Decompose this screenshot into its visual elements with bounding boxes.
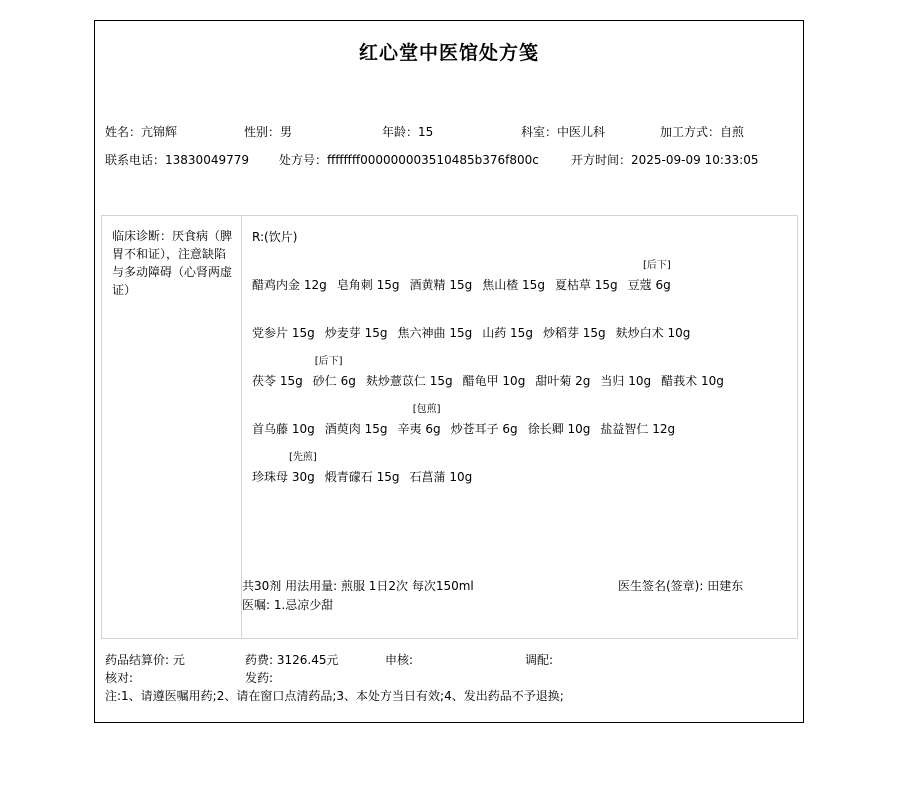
prescription-time: 开方时间：2025-09-09 10:33:05 bbox=[571, 151, 758, 168]
herb-item: 醋莪术 10g bbox=[661, 372, 724, 389]
herb-note: [后下] bbox=[315, 352, 343, 367]
herb-item: 石菖蒲 10g bbox=[409, 468, 472, 485]
herb-item: 当归 10g bbox=[600, 372, 651, 389]
herb-item: [后下]豆蔻 6g bbox=[628, 276, 671, 293]
department: 科室：中医儿科 bbox=[521, 123, 605, 140]
herb-item: 酒萸肉 15g bbox=[325, 420, 388, 437]
herb-row: 茯苓 15g[后下]砂仁 6g麸炒薏苡仁 15g醋龟甲 10g甜叶菊 2g当归 … bbox=[252, 372, 734, 389]
patient-gender: 性别：男 bbox=[244, 123, 292, 140]
herb-row: 党参片 15g炒麦芽 15g焦六神曲 15g山药 15g炒稻芽 15g麸炒白术 … bbox=[252, 324, 700, 341]
herb-row: 醋鸡内金 12g皂角刺 15g酒黄精 15g焦山楂 15g夏枯草 15g[后下]… bbox=[252, 276, 681, 293]
herb-item: 炒稻芽 15g bbox=[543, 324, 606, 341]
herb-item: 麸炒白术 10g bbox=[616, 324, 691, 341]
patient-age: 年龄：15 bbox=[382, 123, 433, 140]
herb-item: 甜叶菊 2g bbox=[535, 372, 590, 389]
herb-item: 煅青礞石 15g bbox=[325, 468, 400, 485]
herb-item: 焦六神曲 15g bbox=[397, 324, 472, 341]
review-field: 申核: bbox=[385, 651, 413, 668]
herb-item: 炒苍耳子 6g bbox=[451, 420, 518, 437]
herb-item: 茯苓 15g bbox=[252, 372, 303, 389]
herb-item: 皂角刺 15g bbox=[337, 276, 400, 293]
herb-item: 党参片 15g bbox=[252, 324, 315, 341]
patient-phone: 联系电话：13830049779 bbox=[105, 151, 249, 168]
herb-item: 炒麦芽 15g bbox=[325, 324, 388, 341]
herb-item: 酒黄精 15g bbox=[409, 276, 472, 293]
herb-item: [后下]砂仁 6g bbox=[313, 372, 356, 389]
herb-item: 首乌藤 10g bbox=[252, 420, 315, 437]
herb-item: 麸炒薏苡仁 15g bbox=[366, 372, 453, 389]
check-field: 核对: bbox=[105, 669, 133, 686]
settlement-price: 药品结算价: 元 bbox=[105, 651, 185, 668]
herb-item: [包煎]辛夷 6g bbox=[397, 420, 440, 437]
usage-instructions: 共30剂 用法用量: 煎服 1日2次 每次150ml bbox=[242, 577, 474, 594]
herb-note: [先煎] bbox=[289, 448, 317, 463]
clinical-diagnosis: 临床诊断：厌食病（脾胃不和证），注意缺陷与多动障碍（心肾两虚证） bbox=[112, 227, 237, 299]
herb-item: 盐益智仁 12g bbox=[600, 420, 675, 437]
panel-divider bbox=[241, 216, 242, 638]
prescription-panel: 临床诊断：厌食病（脾胃不和证），注意缺陷与多动障碍（心肾两虚证） R:(饮片) … bbox=[101, 215, 798, 639]
herb-note: [后下] bbox=[643, 256, 671, 271]
herb-item: 醋龟甲 10g bbox=[463, 372, 526, 389]
herb-row: [先煎]珍珠母 30g煅青礞石 15g石菖蒲 10g bbox=[252, 468, 482, 485]
prescription-number: 处方号：ffffffff000000003510485b376f800c bbox=[279, 151, 539, 168]
dispense-field: 调配: bbox=[525, 651, 553, 668]
rx-header: R:(饮片) bbox=[252, 228, 297, 245]
doctor-signature: 医生签名(签章): 田建东 bbox=[618, 577, 743, 594]
herb-item: 醋鸡内金 12g bbox=[252, 276, 327, 293]
page-title: 红心堂中医馆处方笺 bbox=[95, 38, 803, 65]
herb-row: 首乌藤 10g酒萸肉 15g[包煎]辛夷 6g炒苍耳子 6g徐长卿 10g盐益智… bbox=[252, 420, 685, 437]
herb-note: [包煎] bbox=[413, 400, 441, 415]
herb-item: [先煎]珍珠母 30g bbox=[252, 468, 315, 485]
doctor-advice: 医嘱: 1.忌凉少甜 bbox=[242, 596, 333, 613]
patient-name: 姓名：亢锦辉 bbox=[105, 123, 177, 140]
issue-field: 发药: bbox=[245, 669, 273, 686]
herb-item: 夏枯草 15g bbox=[555, 276, 618, 293]
notice-text: 注:1、请遵医嘱用药;2、请在窗口点清药品;3、本处方当日有效;4、发出药品不予… bbox=[105, 687, 564, 704]
herb-item: 山药 15g bbox=[482, 324, 533, 341]
drug-fee: 药费: 3126.45元 bbox=[245, 651, 338, 668]
process-method: 加工方式：自煎 bbox=[660, 123, 744, 140]
prescription-sheet: 红心堂中医馆处方笺 姓名：亢锦辉 性别：男 年龄：15 科室：中医儿科 加工方式… bbox=[94, 20, 804, 723]
herb-item: 焦山楂 15g bbox=[482, 276, 545, 293]
herb-item: 徐长卿 10g bbox=[528, 420, 591, 437]
